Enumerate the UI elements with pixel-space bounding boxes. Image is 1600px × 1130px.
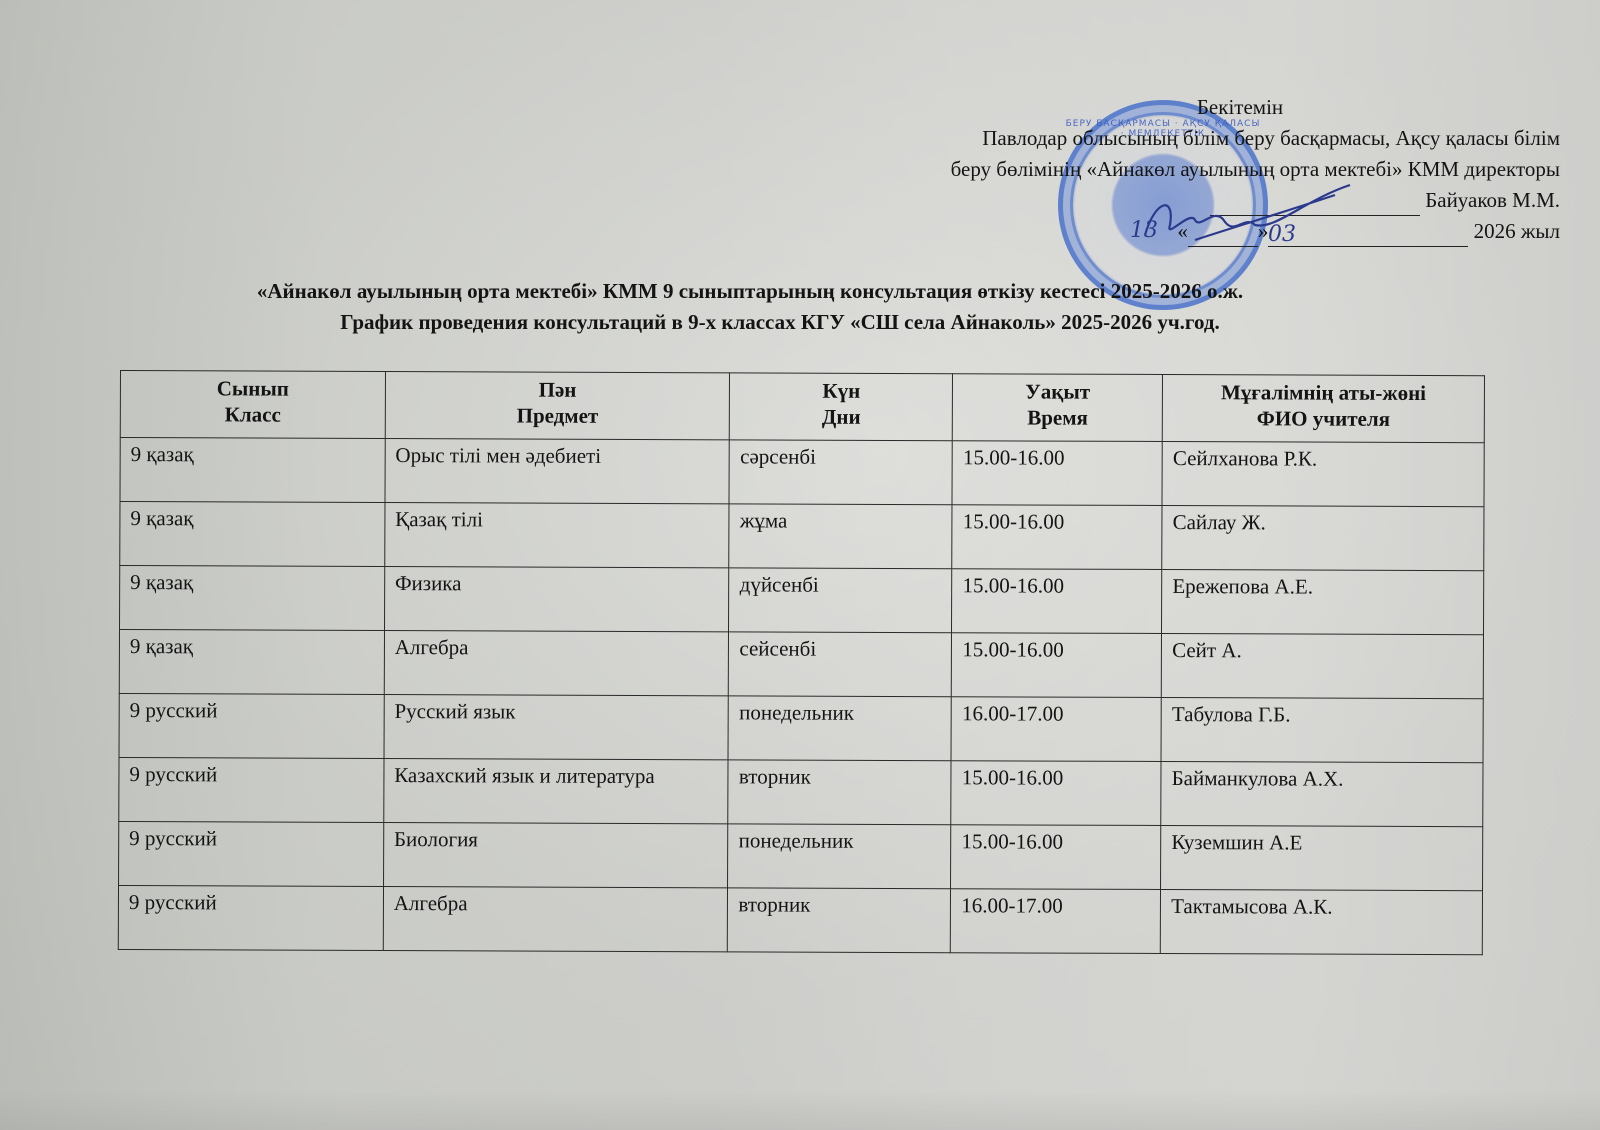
table-row: 9 русскийАлгебравторник16.00-17.00Тактам… [118,885,1482,954]
cell-day: понедельник [728,824,951,889]
cell-day: жұма [729,504,952,569]
header-russian: Дни [736,403,946,430]
column-header-teacher: Мұғалімнің аты-жөніФИО учителя [1162,375,1484,443]
cell-class: 9 қазақ [120,438,385,503]
cell-subject: Русский язык [384,695,729,760]
approval-year: 2026 жыл [1474,219,1560,243]
header-russian: Класс [127,401,379,428]
cell-teacher: Сейт А. [1161,634,1483,699]
cell-teacher: Табулова Г.Б. [1161,698,1483,763]
consultation-schedule-table: СыныпКлассПәнПредметКүнДниУақытВремяМұға… [118,370,1485,955]
cell-time: 15.00-16.00 [952,569,1162,634]
table-row: 9 русскийРусский языкпонедельник16.00-17… [119,693,1483,762]
cell-time: 16.00-17.00 [951,697,1161,762]
header-russian: ФИО учителя [1169,405,1478,432]
table-row: 9 русскийКазахский язык и литературавтор… [119,757,1483,826]
cell-class: 9 русский [118,885,383,950]
cell-class: 9 русский [119,693,384,758]
handwritten-month: 03 [1268,222,1296,247]
cell-time: 15.00-16.00 [952,505,1162,570]
cell-time: 15.00-16.00 [952,633,1162,698]
signature-icon [1135,180,1355,250]
handwritten-day: 13 [1130,218,1158,243]
cell-teacher: Сайлау Ж. [1162,506,1484,571]
cell-class: 9 қазақ [120,502,385,567]
cell-subject: Казахский язык и литература [384,759,729,824]
approval-line-1: Павлодар облысының білім беру басқармасы… [740,123,1560,154]
title-russian: График проведения консультаций в 9-х кла… [120,307,1380,338]
approval-heading: Бекітемін [740,92,1560,123]
cell-subject: Орыс тілі мен әдебиеті [385,439,730,504]
cell-day: сейсенбі [729,632,952,697]
cell-subject: Физика [384,567,729,632]
page-shadow [0,1090,1600,1130]
cell-subject: Қазақ тілі [385,503,730,568]
column-header-subject: ПәнПредмет [385,372,730,440]
cell-teacher: Сейлханова Р.К. [1162,442,1484,507]
header-kazakh: Уақыт [959,378,1156,405]
cell-subject: Алгебра [383,887,728,952]
title-kazakh: «Айнакөл ауылының орта мектебі» КММ 9 сы… [120,276,1380,307]
header-russian: Предмет [392,402,724,429]
director-name: Байуаков М.М. [1425,188,1560,212]
table-row: 9 қазақҚазақ тіліжұма15.00-16.00Сайлау Ж… [120,502,1484,571]
table-header-row: СыныпКлассПәнПредметКүнДниУақытВремяМұға… [120,371,1484,443]
document-titles: «Айнакөл ауылының орта мектебі» КММ 9 сы… [120,276,1380,338]
document-page: БЕРУ БАСҚАРМАСЫ · АҚСУ ҚАЛАСЫ · МЕМЛЕКЕТ… [0,0,1600,1130]
header-kazakh: Мұғалімнің аты-жөні [1169,379,1478,406]
cell-time: 15.00-16.00 [951,825,1161,890]
header-russian: Время [959,404,1156,431]
table-row: 9 қазақФизикадүйсенбі15.00-16.00Ережепов… [120,566,1484,635]
column-header-day: КүнДни [730,373,953,441]
cell-day: вторник [728,760,951,825]
cell-teacher: Куземшин А.Е [1161,826,1483,891]
header-kazakh: Сынып [127,375,379,402]
cell-class: 9 русский [119,821,384,886]
header-kazakh: Пән [392,376,724,403]
cell-teacher: Тактамысова А.К. [1160,889,1482,954]
cell-time: 15.00-16.00 [952,441,1162,506]
cell-day: вторник [728,888,951,953]
cell-class: 9 қазақ [119,630,384,695]
cell-time: 15.00-16.00 [951,761,1161,826]
cell-day: дүйсенбі [729,568,952,633]
cell-subject: Алгебра [384,631,729,696]
column-header-time: УақытВремя [953,374,1163,442]
cell-day: сәрсенбі [729,440,952,505]
cell-class: 9 қазақ [120,566,385,631]
header-kazakh: Күн [736,377,946,404]
table-row: 9 қазақОрыс тілі мен әдебиетісәрсенбі15.… [120,438,1484,507]
column-header-class: СыныпКласс [120,371,385,439]
cell-subject: Биология [383,823,728,888]
cell-class: 9 русский [119,757,384,822]
cell-teacher: Ережепова А.Е. [1162,570,1484,635]
table-row: 9 қазақАлгебрасейсенбі15.00-16.00Сейт А. [119,630,1483,699]
table-row: 9 русскийБиологияпонедельник15.00-16.00К… [119,821,1483,890]
cell-day: понедельник [728,696,951,761]
cell-time: 16.00-17.00 [951,889,1161,954]
cell-teacher: Байманкулова А.Х. [1161,762,1483,827]
